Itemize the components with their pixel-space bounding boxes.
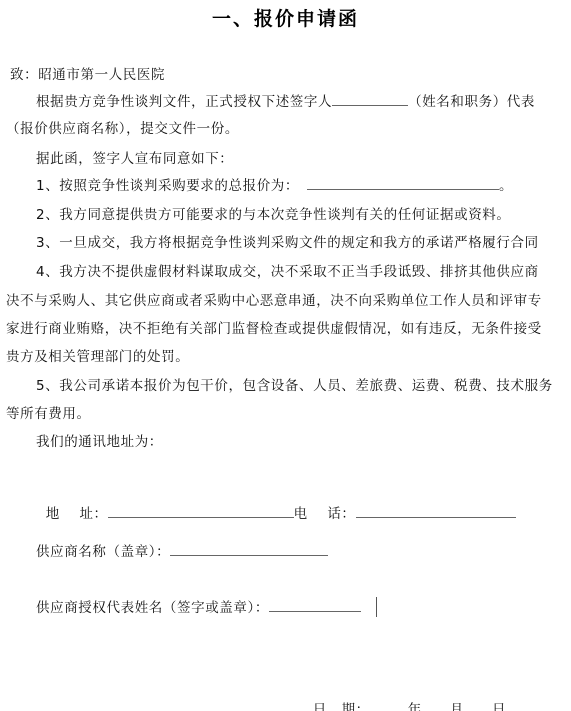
date-label: 日 期： — [313, 702, 370, 711]
address-field[interactable] — [108, 505, 294, 518]
representative-label: 供应商授权代表姓名（签字或盖章）： — [36, 600, 269, 616]
total-price-field[interactable] — [307, 177, 499, 190]
supplier-name-row: 供应商名称（盖章）： — [36, 543, 328, 561]
supplier-name-label: 供应商名称（盖章）： — [36, 544, 170, 560]
item-4-line1: 4、我方决不提供虚假材料谋取成交，决不采取不正当手段诋毁、排挤其他供应商 — [36, 263, 539, 281]
item-5-line1: 5、我公司承诺本报价为包干价，包含设备、人员、差旅费、运费、税费、技术服务 — [36, 377, 553, 395]
authorization-text: 根据贵方竞争性谈判文件，正式授权下述签字人 — [36, 94, 332, 110]
item-3: 3、一旦成交，我方将根据竞争性谈判采购文件的规定和我方的承诺严格履行合同 — [36, 234, 539, 252]
date-year: 年 — [408, 702, 422, 711]
addressee: 致：昭通市第一人民医院 — [10, 66, 165, 84]
signatory-name-field[interactable] — [332, 93, 408, 106]
item-1-suffix: 。 — [499, 178, 513, 194]
address-row: 地 址：电 话： — [36, 487, 516, 523]
paragraph-authorization: 根据贵方竞争性谈判文件，正式授权下述签字人（姓名和职务）代表 — [36, 93, 535, 111]
item-4-line3: 家进行商业贿赂，决不拒绝有关部门监督检查或提供虚假情况，如有违反，无条件接受 — [6, 320, 542, 338]
item-1-text: 1、按照竞争性谈判采购要求的总报价为： — [36, 178, 299, 194]
contact-intro: 我们的通讯地址为： — [36, 433, 163, 451]
item-5-line2: 等所有费用。 — [6, 405, 91, 423]
representative-row: 供应商授权代表姓名（签字或盖章）： — [36, 599, 361, 617]
authorization-suffix: （姓名和职务）代表 — [408, 94, 535, 110]
date-day: 日 — [492, 702, 506, 711]
declaration-intro: 据此函，签字人宣布同意如下： — [36, 150, 233, 168]
phone-label: 电 话： — [294, 506, 356, 522]
text-cursor — [376, 597, 377, 617]
item-1: 1、按照竞争性谈判采购要求的总报价为：。 — [36, 177, 513, 195]
page-title: 一、报价申请函 — [0, 4, 571, 31]
paragraph-authorization-line2: （报价供应商名称），提交文件一份。 — [6, 120, 239, 138]
address-label: 地 址： — [46, 506, 108, 522]
item-4-line2: 决不与采购人、其它供应商或者采购中心恶意串通，决不向采购单位工作人员和评审专 — [6, 292, 542, 310]
representative-field[interactable] — [269, 599, 361, 612]
date-month: 月 — [450, 702, 464, 711]
item-2: 2、我方同意提供贵方可能要求的与本次竞争性谈判有关的任何证据或资料。 — [36, 206, 511, 224]
phone-field[interactable] — [356, 505, 516, 518]
item-4-line4: 贵方及相关管理部门的处罚。 — [6, 348, 189, 366]
date-row: 日 期：年月日 — [303, 683, 506, 711]
supplier-name-field[interactable] — [170, 543, 328, 556]
